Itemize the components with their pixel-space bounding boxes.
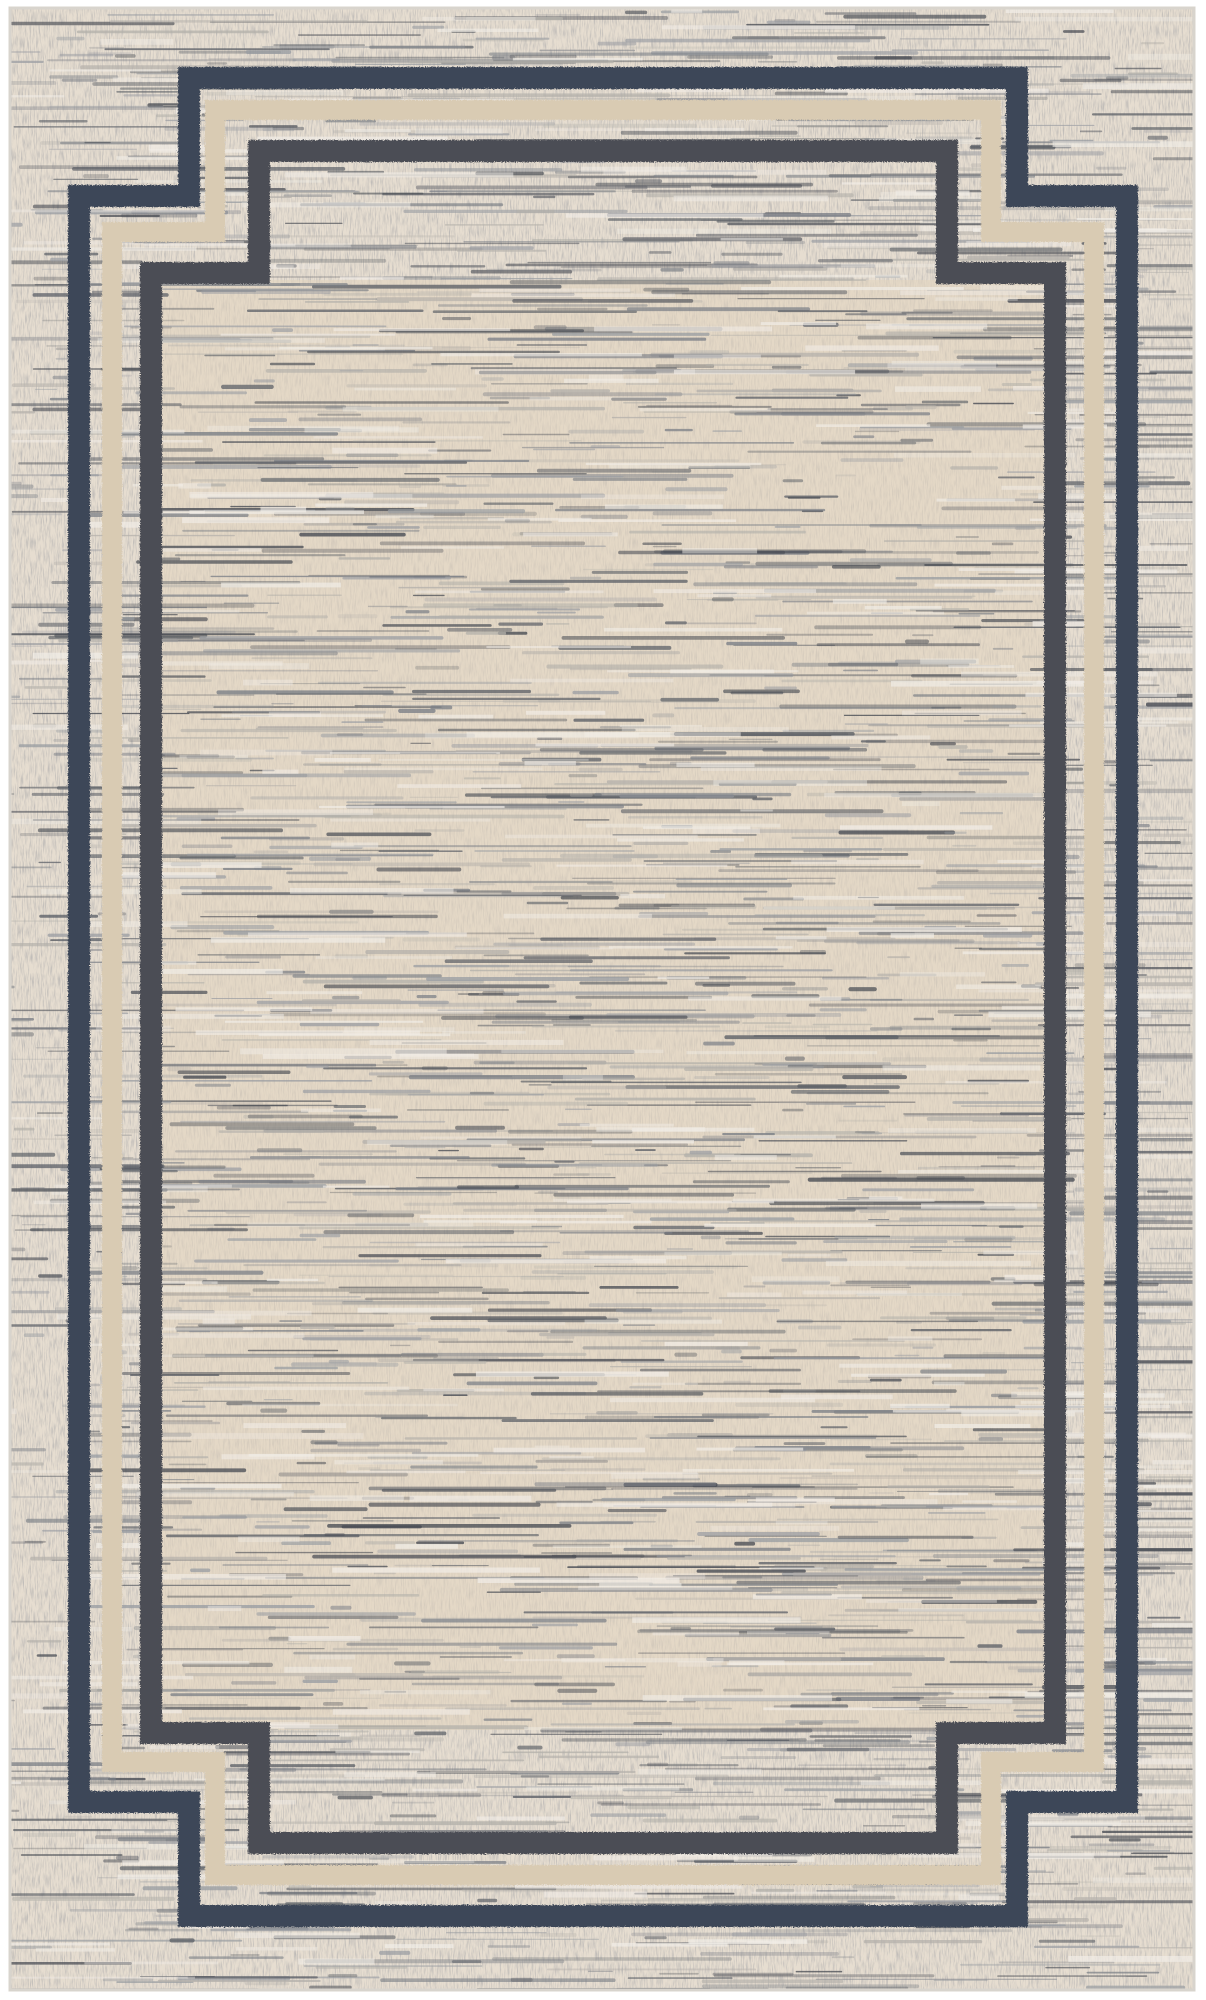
rug-streak-pattern: [0, 8, 1206, 1992]
rug-image: [0, 0, 1206, 2000]
